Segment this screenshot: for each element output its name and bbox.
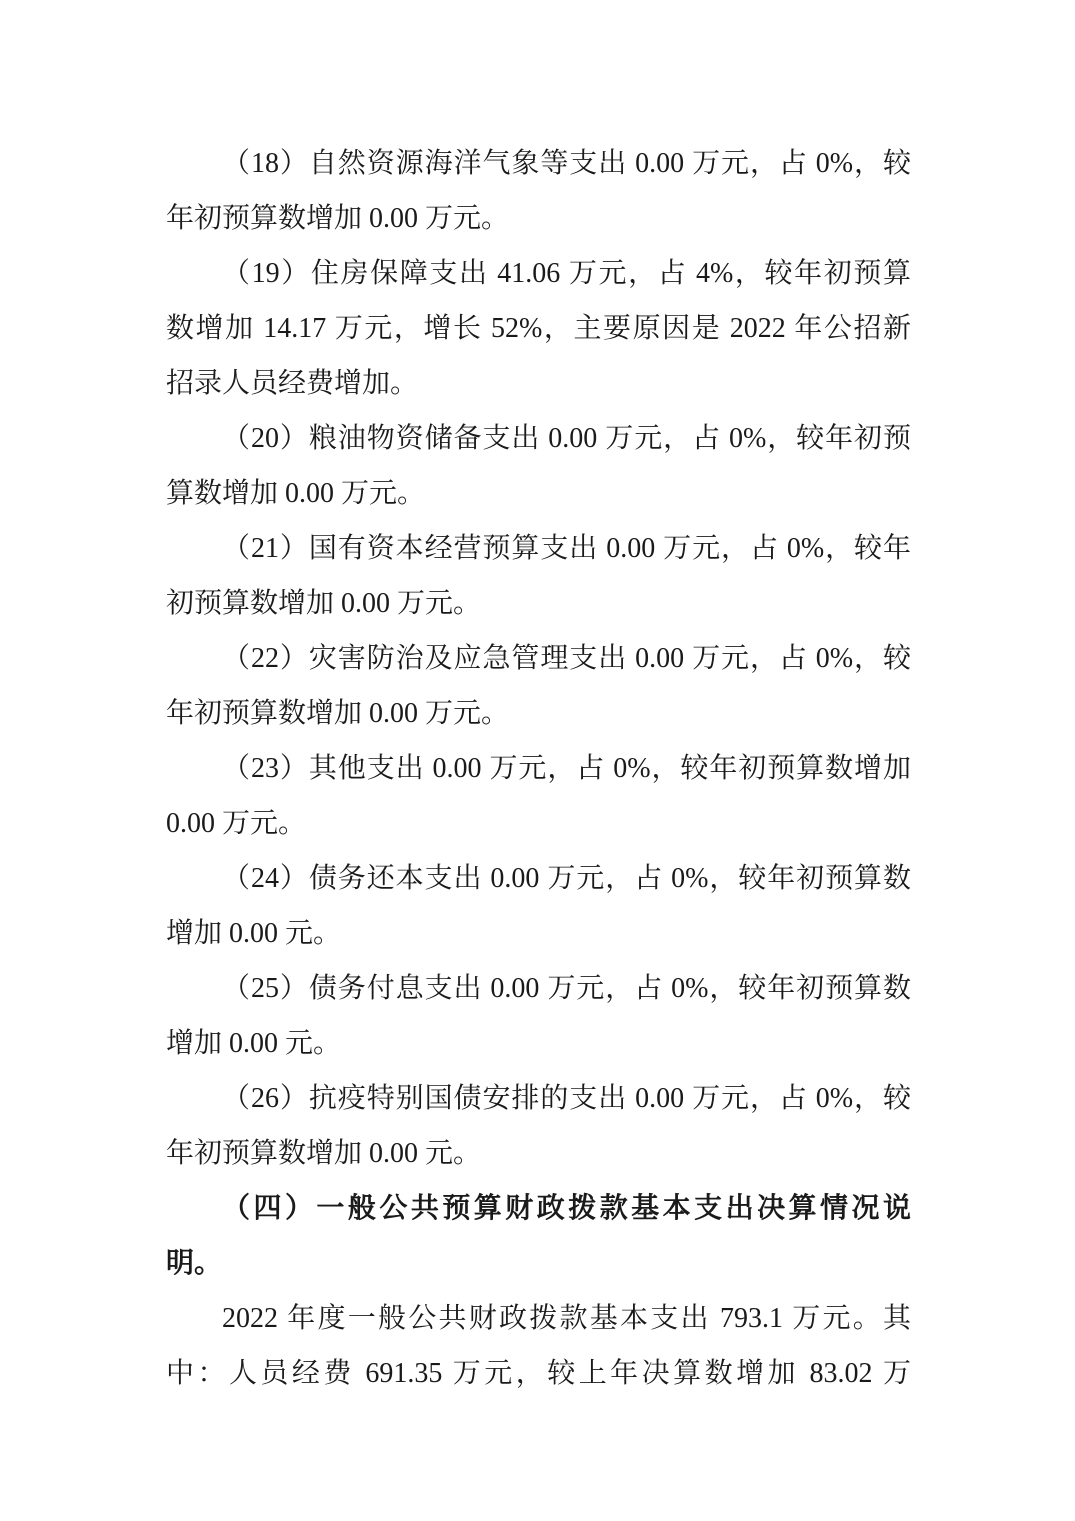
text-line: （19）住房保障支出 41.06 万元，占 4%，较年初预算	[166, 246, 911, 301]
text-line: （18）自然资源海洋气象等支出 0.00 万元，占 0%，较	[166, 136, 911, 191]
text-line: 数增加 14.17 万元，增长 52%，主要原因是 2022 年公招新	[166, 301, 911, 356]
paragraph-basic-expenditure-2022: 2022 年度一般公共财政拨款基本支出 793.1 万元。其中：人员经费 691…	[166, 1291, 911, 1401]
paragraph-item-18: （18）自然资源海洋气象等支出 0.00 万元，占 0%，较年初预算数增加 0.…	[166, 136, 911, 246]
document-content: （18）自然资源海洋气象等支出 0.00 万元，占 0%，较年初预算数增加 0.…	[166, 136, 911, 1401]
text-line: （21）国有资本经营预算支出 0.00 万元，占 0%，较年	[166, 521, 911, 576]
text-line: 招录人员经费增加。	[166, 356, 911, 411]
text-line: 初预算数增加 0.00 万元。	[166, 576, 911, 631]
paragraph-item-21: （21）国有资本经营预算支出 0.00 万元，占 0%，较年初预算数增加 0.0…	[166, 521, 911, 631]
paragraph-item-19: （19）住房保障支出 41.06 万元，占 4%，较年初预算数增加 14.17 …	[166, 246, 911, 411]
text-line: （23）其他支出 0.00 万元，占 0%，较年初预算数增加	[166, 741, 911, 796]
text-line: （25）债务付息支出 0.00 万元，占 0%，较年初预算数	[166, 961, 911, 1016]
text-line: （26）抗疫特别国债安排的支出 0.00 万元，占 0%，较	[166, 1071, 911, 1126]
text-line: （20）粮油物资储备支出 0.00 万元，占 0%，较年初预	[166, 411, 911, 466]
paragraph-item-22: （22）灾害防治及应急管理支出 0.00 万元，占 0%，较年初预算数增加 0.…	[166, 631, 911, 741]
text-line: 算数增加 0.00 万元。	[166, 466, 911, 521]
paragraph-item-23: （23）其他支出 0.00 万元，占 0%，较年初预算数增加0.00 万元。	[166, 741, 911, 851]
text-line: 增加 0.00 元。	[166, 906, 911, 961]
paragraph-item-25: （25）债务付息支出 0.00 万元，占 0%，较年初预算数增加 0.00 元。	[166, 961, 911, 1071]
text-line: 年初预算数增加 0.00 万元。	[166, 686, 911, 741]
paragraph-item-26: （26）抗疫特别国债安排的支出 0.00 万元，占 0%，较年初预算数增加 0.…	[166, 1071, 911, 1181]
document-page: （18）自然资源海洋气象等支出 0.00 万元，占 0%，较年初预算数增加 0.…	[0, 0, 1075, 1521]
text-line: 2022 年度一般公共财政拨款基本支出 793.1 万元。其	[166, 1291, 911, 1346]
text-line: （四）一般公共预算财政拨款基本支出决算情况说	[166, 1181, 911, 1236]
section-heading-four: （四）一般公共预算财政拨款基本支出决算情况说明。	[166, 1181, 911, 1291]
text-line: 明。	[166, 1236, 911, 1291]
text-line: 中：人员经费 691.35 万元，较上年决算数增加 83.02 万	[166, 1346, 911, 1401]
text-line: （24）债务还本支出 0.00 万元，占 0%，较年初预算数	[166, 851, 911, 906]
text-line: 年初预算数增加 0.00 元。	[166, 1126, 911, 1181]
paragraph-item-24: （24）债务还本支出 0.00 万元，占 0%，较年初预算数增加 0.00 元。	[166, 851, 911, 961]
text-line: 0.00 万元。	[166, 796, 911, 851]
paragraph-item-20: （20）粮油物资储备支出 0.00 万元，占 0%，较年初预算数增加 0.00 …	[166, 411, 911, 521]
text-line: 年初预算数增加 0.00 万元。	[166, 191, 911, 246]
text-line: （22）灾害防治及应急管理支出 0.00 万元，占 0%，较	[166, 631, 911, 686]
text-line: 增加 0.00 元。	[166, 1016, 911, 1071]
